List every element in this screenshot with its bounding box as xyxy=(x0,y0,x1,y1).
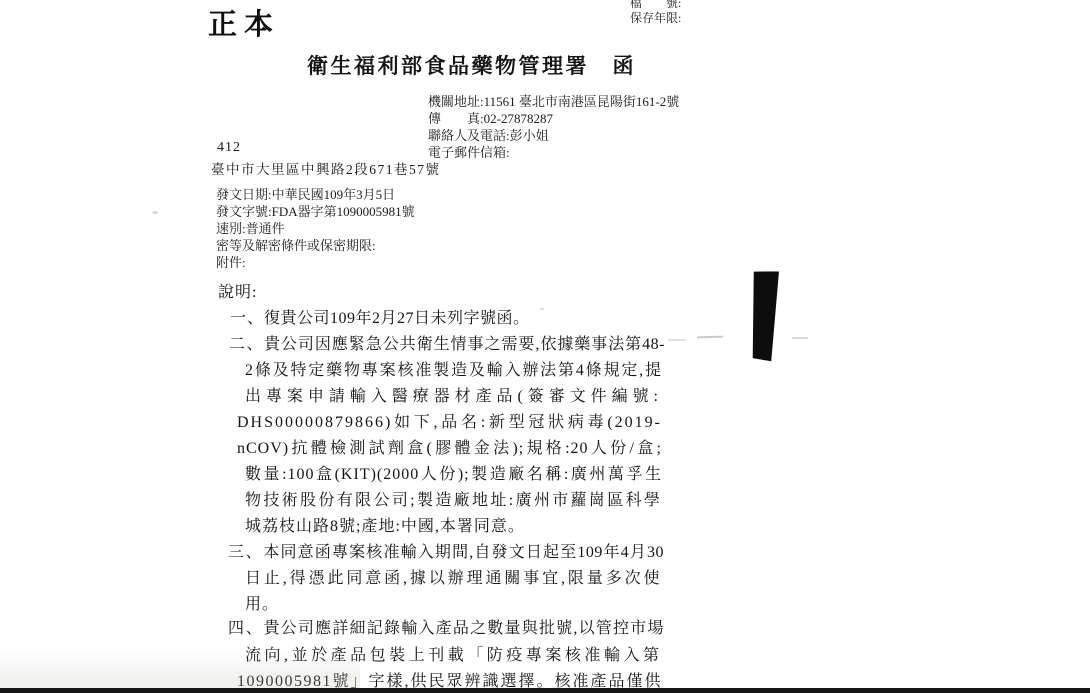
redaction-mark xyxy=(748,271,780,363)
item-2-line-7: 物技術股份有限公司;製造廠地址:廣州市蘿崗區科學 xyxy=(245,491,662,511)
attachment-label: 附件: xyxy=(216,254,415,271)
document-page: 正本 檔 號: 保存年限: 衛生福利部食品藥物管理署 函 機關地址:11561 … xyxy=(0,0,1090,693)
scan-artifact-speck xyxy=(152,211,158,214)
retention-label: 保存年限: xyxy=(630,11,681,26)
item-4-line-1: 貴公司應詳細記錄輸入產品之數量與批號,以管控市場 xyxy=(263,620,664,637)
agency-info-block: 機關地址:11561 臺北市南港區昆陽街161-2號 傳 真:02-278782… xyxy=(428,93,679,161)
security-class: 密等及解密條件或保密期限: xyxy=(216,237,415,254)
file-number-block: 檔 號: 保存年限: xyxy=(630,0,681,26)
recipient-address: 臺中市大里區中興路2段671巷57號 xyxy=(211,158,441,178)
page-bottom-shadow xyxy=(0,650,360,688)
item-3-line-2: 日止,得憑此同意函,據以辦理通關事宜,限量多次使 xyxy=(245,569,662,589)
scan-artifact-dash xyxy=(792,337,808,339)
scan-artifact-dash xyxy=(697,336,723,339)
item-2-label: 二、 xyxy=(229,336,264,353)
copy-label: 正本 xyxy=(208,2,280,43)
item-2-line-2: 2條及特定藥物專案核准製造及輸入辦法第4條規定,提 xyxy=(245,361,662,381)
agency-address: 機關地址:11561 臺北市南港區昆陽街161-2號 xyxy=(428,93,679,110)
scan-artifact-dash xyxy=(668,339,686,341)
item-3-line-3: 用。 xyxy=(245,595,279,615)
item-4-label: 四、 xyxy=(228,620,263,637)
recipient-postal-code: 412 xyxy=(217,140,241,156)
item-2-line-4: DHS00000879866)如下,品名:新型冠狀病毒(2019- xyxy=(237,413,662,433)
screen-bottom-bar xyxy=(0,688,1090,693)
item-3-label: 三、 xyxy=(228,544,263,561)
issue-date: 發文日期:中華民國109年3月5日 xyxy=(216,186,415,203)
scan-artifact-speck xyxy=(585,101,588,104)
item-2-line-5: nCOV)抗體檢測試劑盒(膠體金法);規格:20人份/盒; xyxy=(237,439,662,459)
body-item-2: 二、貴公司因應緊急公共衛生情事之需要,依據藥事法第48- xyxy=(229,335,665,355)
agency-contact: 聯絡人及電話:彭小姐 xyxy=(428,127,679,144)
agency-fax: 傳 真:02-27878287 xyxy=(428,110,679,127)
document-title: 衛生福利部食品藥物管理署 函 xyxy=(307,50,636,80)
item-3-line-1: 本同意函專案核准輸入期間,自發文日起至109年4月30 xyxy=(263,544,664,561)
section-label: 說明: xyxy=(218,283,257,303)
item-2-line-1: 貴公司因應緊急公共衛生情事之需要,依據藥事法第48- xyxy=(264,336,665,353)
doc-number: 發文字號:FDA器字第1090005981號 xyxy=(216,203,415,220)
issuance-meta-block: 發文日期:中華民國109年3月5日 發文字號:FDA器字第1090005981號… xyxy=(216,186,415,271)
item-2-line-8: 城荔枝山路8號;產地:中國,本署同意。 xyxy=(245,517,525,537)
item-1-line-1: 復貴公司109年2月27日未列字號函。 xyxy=(264,310,530,327)
speed-class: 速別:普通件 xyxy=(216,220,415,237)
item-1-label: 一、 xyxy=(230,310,264,327)
body-item-1: 一、復貴公司109年2月27日未列字號函。 xyxy=(230,309,530,329)
body-item-4: 四、貴公司應詳細記錄輸入產品之數量與批號,以管控市場 xyxy=(228,619,664,639)
scan-artifact-speck xyxy=(540,308,544,310)
body-item-3: 三、本同意函專案核准輸入期間,自發文日起至109年4月30 xyxy=(228,543,664,563)
file-no-label: 檔 號: xyxy=(630,0,681,11)
item-2-line-6: 數量:100盒(KIT)(2000人份);製造廠名稱:廣州萬孚生 xyxy=(245,465,662,485)
agency-email: 電子郵件信箱: xyxy=(428,144,679,161)
item-2-line-3: 出專案申請輸入醫療器材產品(簽審文件編號: xyxy=(245,387,662,407)
